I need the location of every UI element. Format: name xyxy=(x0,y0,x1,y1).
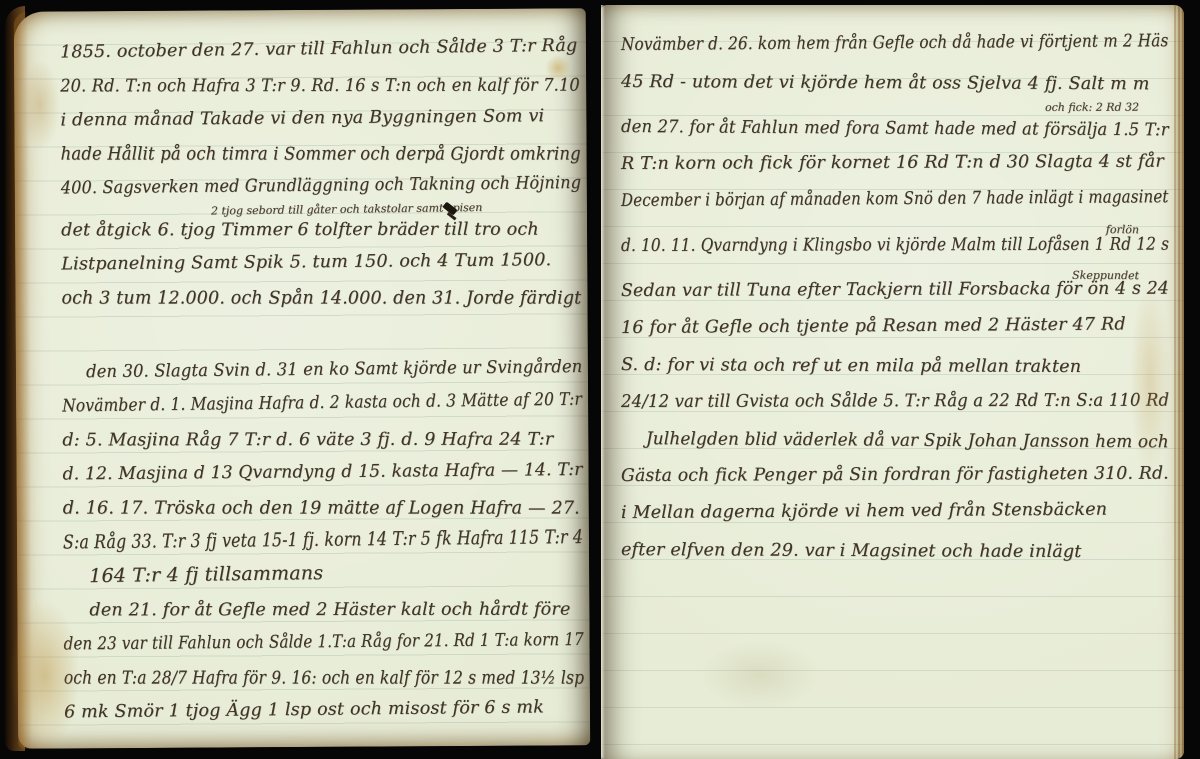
manuscript-line: Listpanelning Samt Spik 5. tum 150. och … xyxy=(61,243,581,282)
manuscript-line: efter elfven den 29. var i Magsinet och … xyxy=(621,532,1169,571)
manuscript-line: Novämber d. 1. Masjina Hafra d. 2 kasta … xyxy=(62,383,521,423)
manuscript-line: i denna månad Takade vi den nya Byggning… xyxy=(60,99,580,138)
manuscript-line: December i början af månaden kom Snö den… xyxy=(621,180,1090,220)
right-page-text: Novämber d. 26. kom hem från Gefle och d… xyxy=(621,27,1169,747)
manuscript-line: den 21. for åt Gefle med 2 Häster kalt o… xyxy=(63,593,583,628)
manuscript-line: Novämber d. 26. kom hem från Gefle och d… xyxy=(621,24,1099,64)
manuscript-line: i Mellan dagerna kjörde vi hem ved från … xyxy=(621,491,1169,532)
manuscript-line: R T:n korn och fick för kornet 16 Rd T:n… xyxy=(621,144,1169,183)
manuscript-line: S. d: for vi sta och ref ut en mila på m… xyxy=(621,347,1169,386)
manuscript-line: den 23 var till Fahlun och Sålde 1.T:a R… xyxy=(63,624,510,662)
manuscript-line: och en T:a 28/7 Hafra för 9. 16: och en … xyxy=(64,661,523,695)
manuscript-line: Sedan var till Tuna efter Tackjern till … xyxy=(621,271,1161,310)
manuscript-line: Gästa och fick Penger på Sin fordran för… xyxy=(621,456,1160,495)
manuscript-line: 1855. october den 27. var till Fahlun oc… xyxy=(60,29,580,70)
manuscript-line: 16 for åt Gefle och tjente på Resan med … xyxy=(621,306,1169,347)
manuscript-line: d. 10. 11. Qvarndyng i Klingsbo vi kjörd… xyxy=(621,227,1099,265)
manuscript-line: 20. Rd. T:n och Hafra 3 T:r 9. Rd. 16 s … xyxy=(60,69,539,104)
manuscript-line: 6 mk Smör 1 tjog Ägg 1 lsp ost och misos… xyxy=(64,690,584,729)
manuscript-line: den 27. for åt Fahlun med fora Samt hade… xyxy=(621,109,1132,149)
manuscript-line: 24/12 var till Gvista och Sålde 5. T:r R… xyxy=(621,383,1135,421)
manuscript-line: det åtgick 6. tjog Timmer 6 tolfter bräd… xyxy=(61,213,581,248)
left-page-text: 1855. october den 27. var till Fahlun oc… xyxy=(60,32,584,735)
manuscript-line: d: 5. Masjina Råg 7 T:r d. 6 väte 3 fj. … xyxy=(62,423,582,458)
manuscript-line: d. 16. 17. Tröska och den 19 mätte af Lo… xyxy=(63,491,583,525)
manuscript-line: 164 T:r 4 fj tillsammans xyxy=(63,553,583,594)
manuscript-line: d. 12. Masjina d 13 Qvarndyng d 15. kast… xyxy=(62,453,570,491)
diary-left-page: 1855. october den 27. var till Fahlun oc… xyxy=(14,8,590,748)
manuscript-line: 45 Rd - utom det vi kjörde hem åt oss Sj… xyxy=(621,64,1169,103)
photograph-background: 1855. october den 27. var till Fahlun oc… xyxy=(0,0,1200,759)
manuscript-line: och 3 tum 12.000. och Spån 14.000. den 3… xyxy=(62,281,579,315)
diary-right-page: Novämber d. 26. kom hem från Gefle och d… xyxy=(601,5,1184,759)
manuscript-line: 400. Sagsverken med Grundläggning och Ta… xyxy=(61,166,537,205)
